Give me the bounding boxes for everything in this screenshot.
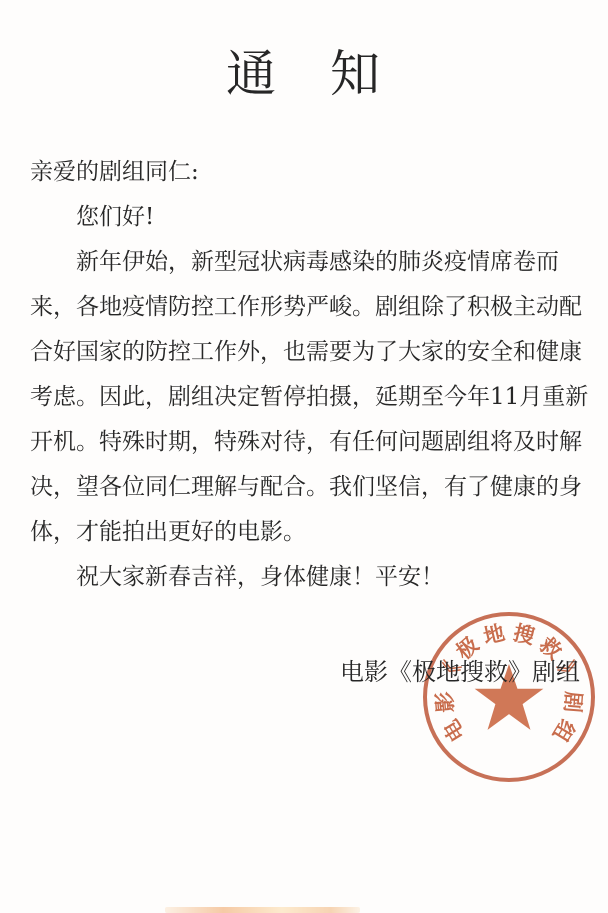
stamp-ring-char: 地 — [480, 620, 509, 649]
stamp-ring-char: 搜 — [509, 620, 538, 649]
body-line: 决，望各位同仁理解与配合。我们坚信，有了健康的身 — [30, 465, 584, 510]
body-line: 考虑。因此，剧组决定暂停拍摄，延期至今年11月重新 — [30, 375, 584, 420]
cutoff-watermark — [165, 907, 360, 913]
document-title: 通 知 — [0, 34, 608, 106]
stamp-ring-char: 电 — [438, 714, 471, 747]
stamp-ring-char: 组 — [547, 714, 580, 747]
crew-seal-stamp: 电影《极地搜救》剧组 — [423, 612, 595, 782]
body-line: 开机。特殊时期，特殊对待，有任何问题剧组将及时解 — [30, 420, 584, 465]
body-line: 来，各地疫情防控工作形势严峻。剧组除了积极主动配 — [30, 285, 584, 330]
notice-document: 通 知 亲爱的剧组同仁: 您们好! 新年伊始，新型冠状病毒感染的肺炎疫情席卷而来… — [0, 0, 608, 913]
body-line: 新年伊始，新型冠状病毒感染的肺炎疫情席卷而 — [30, 240, 584, 285]
greeting: 您们好! — [30, 195, 584, 240]
signature: 电影《极地搜救》剧组 — [30, 650, 584, 695]
salutation: 亲爱的剧组同仁: — [30, 150, 584, 195]
closing-wish: 祝大家新春吉祥，身体健康！平安！ — [30, 555, 584, 600]
body-line: 体，才能拍出更好的电影。 — [30, 510, 584, 555]
stamp-ring-text: 电影《极地搜救》剧组 — [423, 612, 595, 782]
body-paragraph: 新年伊始，新型冠状病毒感染的肺炎疫情席卷而来，各地疫情防控工作形势严峻。剧组除了… — [30, 240, 584, 555]
body-line: 合好国家的防控工作外，也需要为了大家的安全和健康 — [30, 330, 584, 375]
